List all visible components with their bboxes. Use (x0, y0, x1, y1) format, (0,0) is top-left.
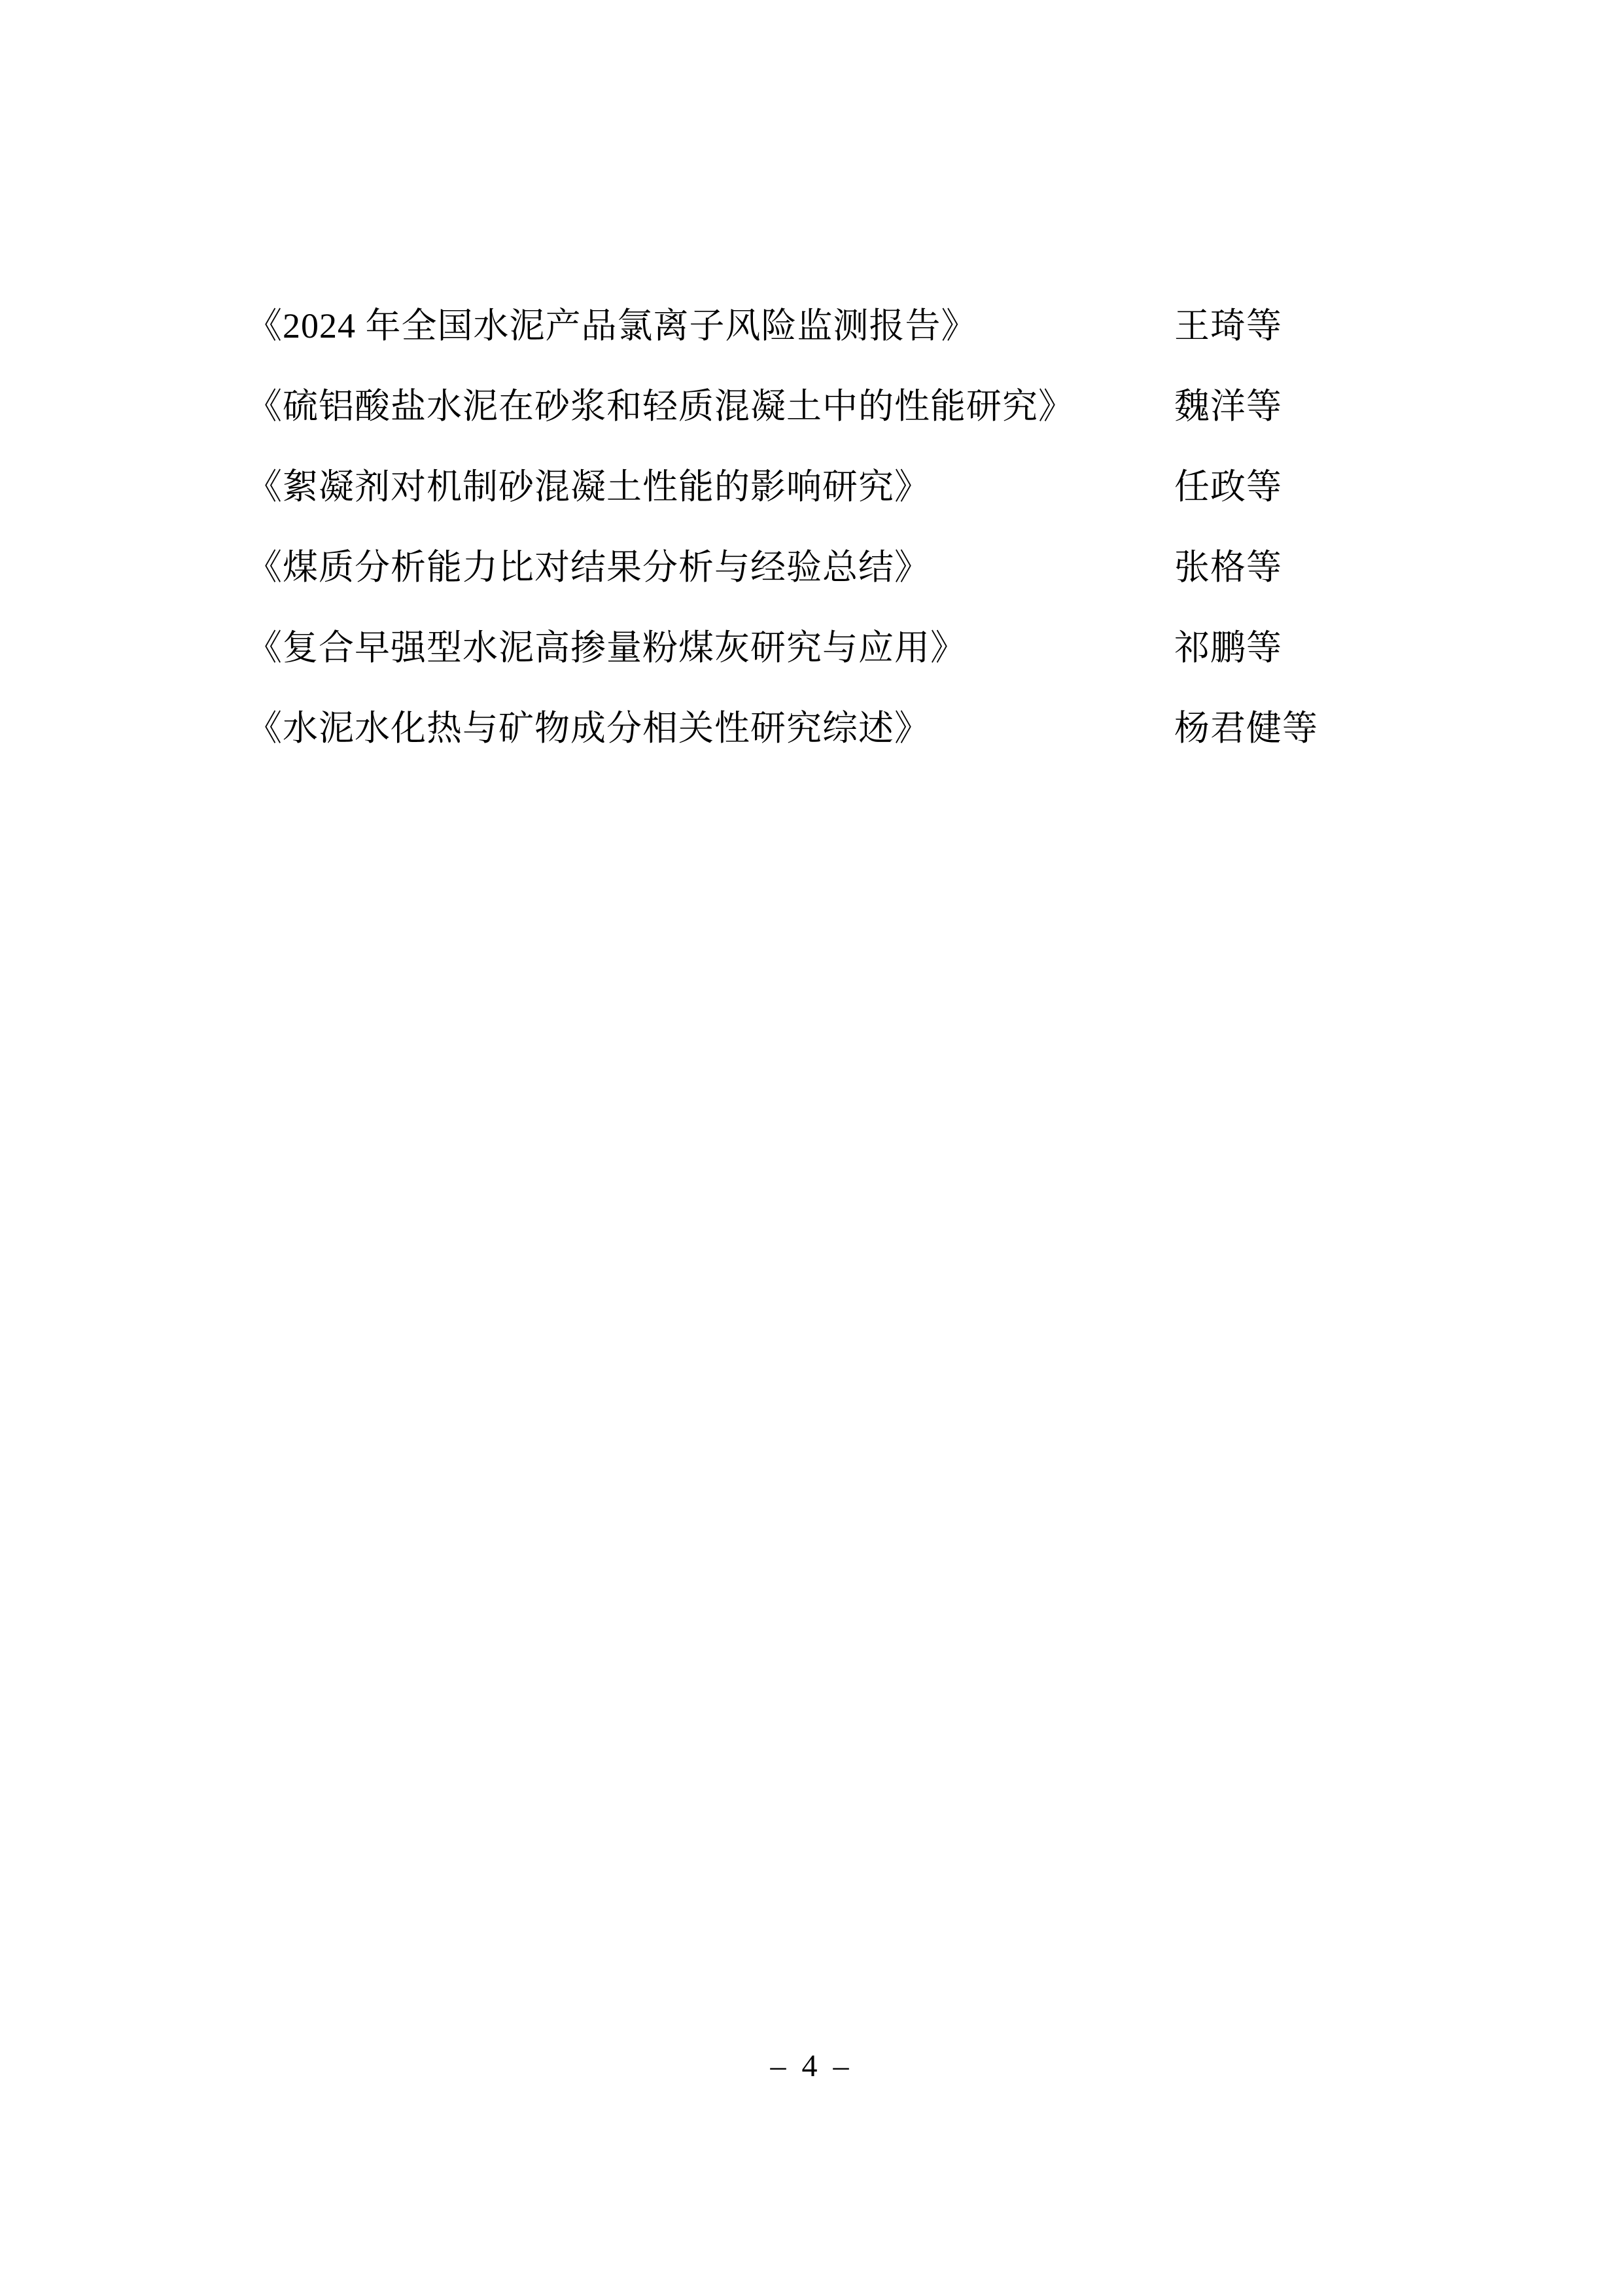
entry-title: 《絮凝剂对机制砂混凝土性能的影响研究》 (247, 469, 930, 504)
list-item: 《复合早强型水泥高掺量粉煤灰研究与应用》 祁鹏等 (247, 607, 1558, 688)
entry-title: 《水泥水化热与矿物成分相关性研究综述》 (247, 711, 930, 746)
list-item: 《絮凝剂对机制砂混凝土性能的影响研究》 任政等 (247, 446, 1558, 527)
page-number: – 4 – (771, 2049, 853, 2083)
list-item: 《硫铝酸盐水泥在砂浆和轻质混凝土中的性能研究》 魏洋等 (247, 366, 1558, 446)
entry-title: 《煤质分析能力比对结果分析与经验总结》 (247, 550, 930, 585)
entry-title: 《复合早强型水泥高掺量粉煤灰研究与应用》 (247, 630, 966, 665)
entry-authors: 张格等 (1174, 550, 1282, 585)
list-item: 《2024 年全国水泥产品氯离子风险监测报告》 王琦等 (247, 285, 1558, 366)
document-page: 《2024 年全国水泥产品氯离子风险监测报告》 王琦等 《硫铝酸盐水泥在砂浆和轻… (0, 0, 1623, 2296)
list-item: 《煤质分析能力比对结果分析与经验总结》 张格等 (247, 527, 1558, 607)
list-item: 《水泥水化热与矿物成分相关性研究综述》 杨君健等 (247, 688, 1558, 768)
entry-authors: 任政等 (1174, 469, 1282, 504)
entries-list: 《2024 年全国水泥产品氯离子风险监测报告》 王琦等 《硫铝酸盐水泥在砂浆和轻… (247, 285, 1558, 768)
entry-authors: 祁鹏等 (1174, 630, 1282, 665)
entry-authors: 魏洋等 (1174, 389, 1282, 424)
entry-title: 《2024 年全国水泥产品氯离子风险监测报告》 (247, 308, 977, 344)
entry-title: 《硫铝酸盐水泥在砂浆和轻质混凝土中的性能研究》 (247, 389, 1074, 424)
entry-authors: 王琦等 (1174, 308, 1282, 344)
page-footer: – 4 – (0, 2051, 1623, 2082)
entry-authors: 杨君健等 (1174, 711, 1318, 746)
